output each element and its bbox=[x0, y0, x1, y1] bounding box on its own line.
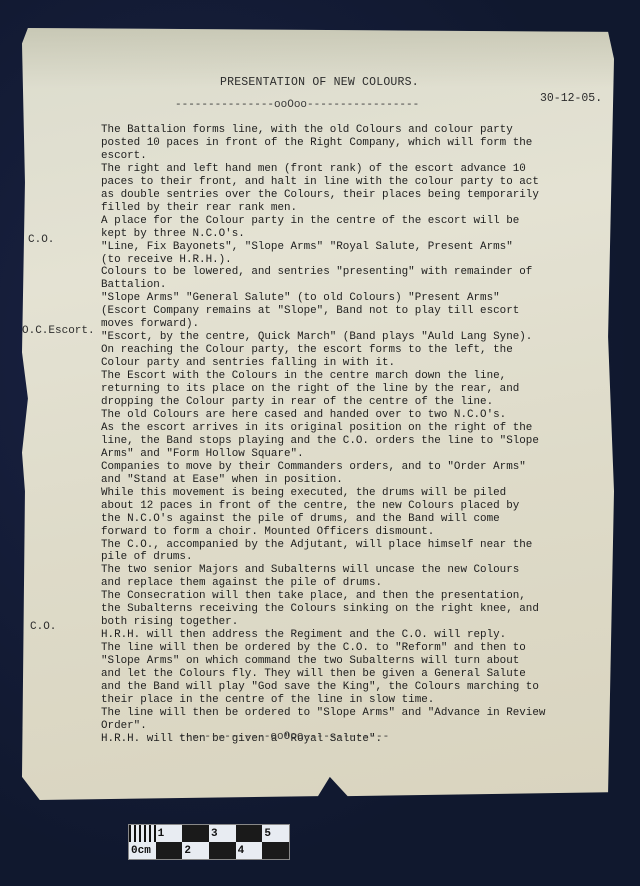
document-line: (to receive H.R.H.). bbox=[101, 254, 621, 267]
document-line: line, the Band stops playing and the C.O… bbox=[101, 435, 621, 448]
document-line: pile of drums. bbox=[101, 551, 621, 564]
document-line: Battalion. bbox=[101, 279, 621, 292]
scale-block bbox=[182, 825, 209, 842]
scale-num-3: 3 bbox=[209, 825, 236, 842]
document-line: Colours to be lowered, and sentries "pre… bbox=[101, 266, 621, 279]
document-line: Colour party and sentries falling in wit… bbox=[101, 357, 621, 370]
document-line: returning to its place on the right of t… bbox=[101, 383, 621, 396]
document-line: As the escort arrives in its original po… bbox=[101, 422, 621, 435]
document-line: moves forward). bbox=[101, 318, 621, 331]
margin-label-co-2: C.O. bbox=[30, 621, 56, 633]
scale-num-1: 1 bbox=[156, 825, 183, 842]
document-line: The right and left hand men (front rank)… bbox=[101, 163, 621, 176]
scale-block bbox=[236, 825, 263, 842]
document-line: The line will then be ordered to "Slope … bbox=[101, 707, 621, 720]
document-line: both rising together. bbox=[101, 616, 621, 629]
scale-block bbox=[156, 842, 183, 859]
scale-unit-label: 0cm bbox=[129, 842, 156, 859]
top-divider: ---------------ooOoo----------------- bbox=[175, 99, 419, 111]
scale-num-4: 4 bbox=[236, 842, 263, 859]
document-line: (Escort Company remains at "Slope", Band… bbox=[101, 305, 621, 318]
document-line: as double sentries over the Colours, the… bbox=[101, 189, 621, 202]
document-line: "Escort, by the centre, Quick March" (Ba… bbox=[101, 331, 621, 344]
document-line: kept by three N.C.O's. bbox=[101, 228, 621, 241]
document-line: Arms" and "Form Hollow Square". bbox=[101, 448, 621, 461]
bottom-divider: --------------ooOoo------------- bbox=[178, 731, 389, 743]
document-line: forward to form a choir. Mounted Officer… bbox=[101, 526, 621, 539]
document-line: escort. bbox=[101, 150, 621, 163]
scale-block bbox=[209, 842, 236, 859]
document-line: posted 10 paces in front of the Right Co… bbox=[101, 137, 621, 150]
centimeter-scale-bar: 1 3 5 0cm 2 4 bbox=[128, 824, 290, 860]
document-date: 30-12-05. bbox=[540, 92, 602, 105]
document-line: "Slope Arms" "General Salute" (to old Co… bbox=[101, 292, 621, 305]
document-line: and "Stand at Ease" when in position. bbox=[101, 474, 621, 487]
document-line: The two senior Majors and Subalterns wil… bbox=[101, 564, 621, 577]
document-title: PRESENTATION OF NEW COLOURS. bbox=[220, 76, 419, 89]
scale-num-2: 2 bbox=[182, 842, 209, 859]
document-line: "Line, Fix Bayonets", "Slope Arms" "Roya… bbox=[101, 241, 621, 254]
document-line: A place for the Colour party in the cent… bbox=[101, 215, 621, 228]
document-line: and let the Colours fly. They will then … bbox=[101, 668, 621, 681]
document-line: The Consecration will then take place, a… bbox=[101, 590, 621, 603]
document-line: The Battalion forms line, with the old C… bbox=[101, 124, 621, 137]
margin-label-co: C.O. bbox=[28, 234, 54, 246]
document-line: and the Band will play "God save the Kin… bbox=[101, 681, 621, 694]
scale-num-5: 5 bbox=[262, 825, 289, 842]
document-line: The C.O., accompanied by the Adjutant, w… bbox=[101, 539, 621, 552]
document-line: The old Colours are here cased and hande… bbox=[101, 409, 621, 422]
document-line: their place in the centre of the line in… bbox=[101, 694, 621, 707]
margin-label-oc-escort: O.C.Escort. bbox=[22, 325, 95, 337]
document-line: the N.C.O's against the pile of drums, a… bbox=[101, 513, 621, 526]
document-line: H.R.H. will then address the Regiment an… bbox=[101, 629, 621, 642]
document-line: the Subalterns receiving the Colours sin… bbox=[101, 603, 621, 616]
document-line: paces to their front, and halt in line w… bbox=[101, 176, 621, 189]
document-line: and replace them against the pile of dru… bbox=[101, 577, 621, 590]
scale-block bbox=[262, 842, 289, 859]
scale-ticks bbox=[129, 825, 156, 842]
document-line: While this movement is being executed, t… bbox=[101, 487, 621, 500]
document-line: filled by their rear rank men. bbox=[101, 202, 621, 215]
document-body: The Battalion forms line, with the old C… bbox=[101, 124, 621, 746]
document-line: "Slope Arms" on which command the two Su… bbox=[101, 655, 621, 668]
document-line: The line will then be ordered by the C.O… bbox=[101, 642, 621, 655]
document-line: The Escort with the Colours in the centr… bbox=[101, 370, 621, 383]
document-line: On reaching the Colour party, the escort… bbox=[101, 344, 621, 357]
document-line: Companies to move by their Commanders or… bbox=[101, 461, 621, 474]
document-line: about 12 paces in front of the centre, t… bbox=[101, 500, 621, 513]
document-line: dropping the Colour party in rear of the… bbox=[101, 396, 621, 409]
